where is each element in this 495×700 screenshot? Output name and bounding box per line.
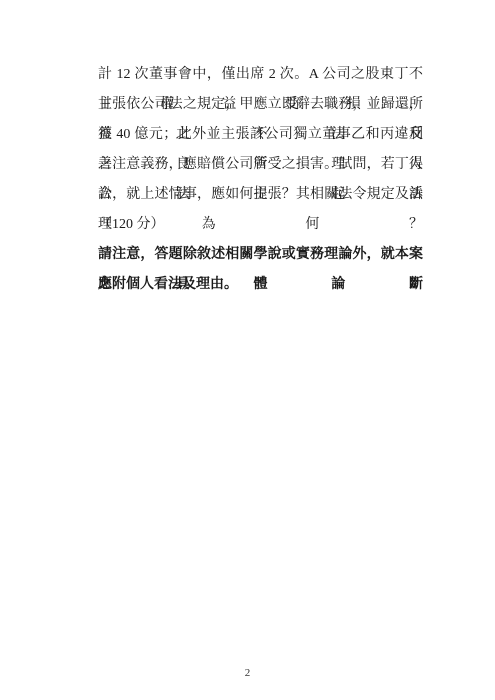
question-body-line-2: 主張依公司法之規定，甲應立即辭去職務，並歸還所獲之不法利 — [98, 90, 423, 120]
question-body-line-1: 計 12 次董事會中，僅出席 2 次。A 公司之股東丁不甘權益受損， — [98, 60, 423, 90]
exam-note-line-1: 請注意，答題除敘述相關學說或實務理論外，就本案之具體論斷 — [98, 240, 423, 270]
question-body-paragraph: 計 12 次董事會中，僅出席 2 次。A 公司之股東丁不甘權益受損， 主張依公司… — [98, 60, 423, 240]
question-body-line-4: 之注意義務，應賠償公司所受之損害。試問，若丁得合法提起訴 — [98, 150, 423, 180]
page-number: 2 — [0, 665, 495, 681]
question-text-block: 計 12 次董事會中，僅出席 2 次。A 公司之股東丁不甘權益受損， 主張依公司… — [98, 60, 423, 300]
exam-note-paragraph: 請注意，答題除敘述相關學說或實務理論外，就本案之具體論斷 應附個人看法及理由。 — [98, 240, 423, 300]
question-body-line-3: 益 40 億元；此外並主張該公司獨立董事乙和丙違反善良管理人 — [98, 120, 423, 150]
document-page: 計 12 次董事會中，僅出席 2 次。A 公司之股東丁不甘權益受損， 主張依公司… — [0, 0, 495, 700]
question-body-line-5: 訟，就上述情事，應如何主張？其相關法令規定及法理為何？ — [98, 180, 423, 210]
